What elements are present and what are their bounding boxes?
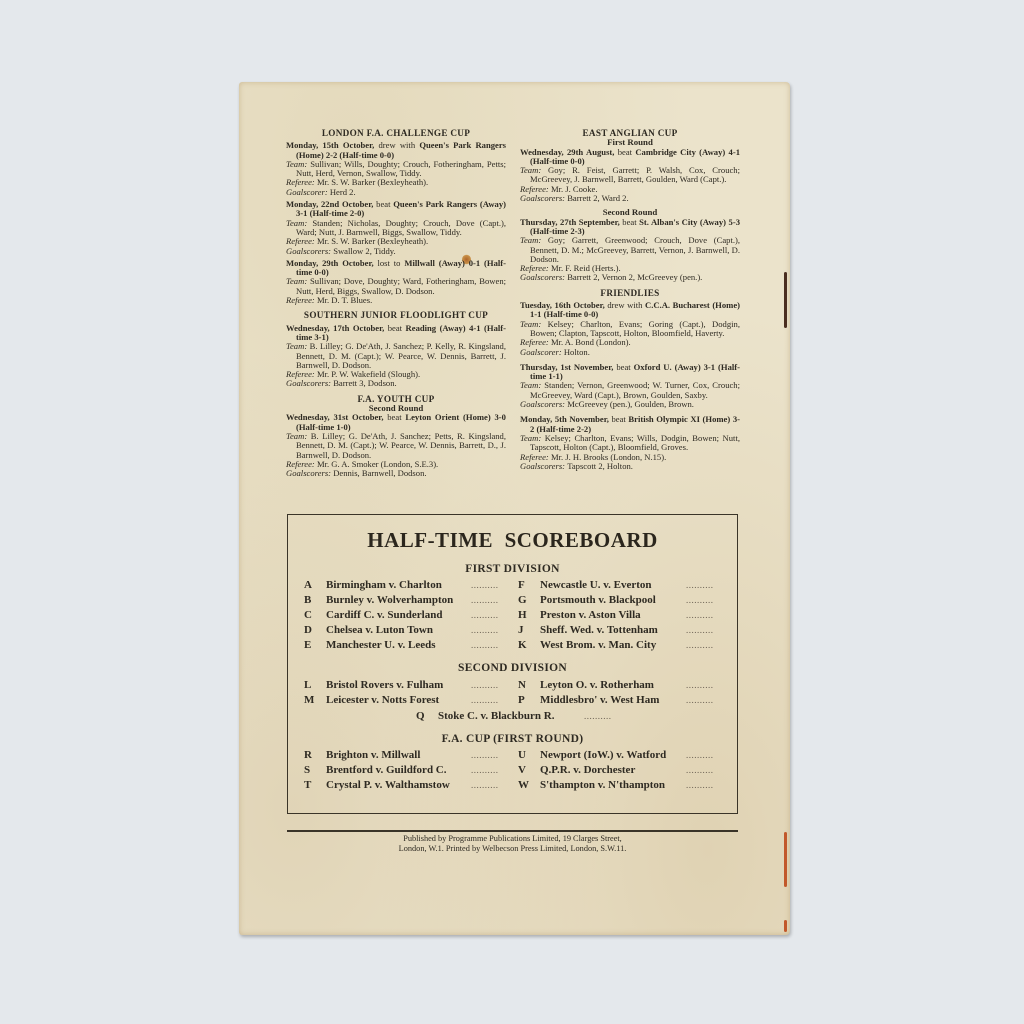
fixture-row: VQ.P.R. v. Dorchester bbox=[518, 763, 635, 778]
section-title: FRIENDLIES bbox=[520, 289, 740, 298]
scoreboard-title: HALF-TIME SCOREBOARD bbox=[288, 528, 737, 553]
match-entry: Monday, 15th October, drew with Queen's … bbox=[286, 141, 506, 197]
fa-cup-title: F.A. CUP (FIRST ROUND) bbox=[288, 733, 737, 745]
cover-edge-mark bbox=[784, 832, 787, 887]
fixture-row: JSheff. Wed. v. Tottenham bbox=[518, 623, 658, 638]
first-division-title: FIRST DIVISION bbox=[288, 563, 737, 575]
imprint-line: Published by Programme Publications Limi… bbox=[287, 834, 738, 844]
left-results-column: LONDON F.A. CHALLENGE CUP Monday, 15th O… bbox=[286, 126, 506, 478]
staple-mark bbox=[784, 272, 787, 328]
match-entry: Monday, 5th November, beat British Olymp… bbox=[520, 415, 740, 471]
fixture-row: PMiddlesbro' v. West Ham bbox=[518, 693, 659, 708]
section-title: SOUTHERN JUNIOR FLOODLIGHT CUP bbox=[286, 311, 506, 320]
match-entry: Monday, 22nd October, beat Queen's Park … bbox=[286, 200, 506, 256]
match-entry: Wednesday, 29th August, beat Cambridge C… bbox=[520, 148, 740, 204]
match-entry: Wednesday, 31st October, beat Leyton Ori… bbox=[286, 413, 506, 478]
fixture-row: QStoke C. v. Blackburn R. bbox=[416, 709, 554, 724]
fixture-row: EManchester U. v. Leeds bbox=[304, 638, 435, 653]
fixture-row: CCardiff C. v. Sunderland bbox=[304, 608, 442, 623]
match-entry: Thursday, 27th September, beat St. Alban… bbox=[520, 218, 740, 283]
fixture-row: SBrentford v. Guildford C. bbox=[304, 763, 447, 778]
publisher-imprint: Published by Programme Publications Limi… bbox=[287, 834, 738, 853]
match-entry: Tuesday, 16th October, drew with C.C.A. … bbox=[520, 301, 740, 357]
fixture-row: RBrighton v. Millwall bbox=[304, 748, 420, 763]
imprint-line: London, W.1. Printed by Welbecson Press … bbox=[287, 844, 738, 854]
fixture-row: LBristol Rovers v. Fulham bbox=[304, 678, 443, 693]
fixture-row: WS'thampton v. N'thampton bbox=[518, 778, 665, 793]
fixture-row: HPreston v. Aston Villa bbox=[518, 608, 641, 623]
fixture-row: FNewcastle U. v. Everton bbox=[518, 578, 652, 593]
match-entry: Wednesday, 17th October, beat Reading (A… bbox=[286, 324, 506, 389]
second-division-title: SECOND DIVISION bbox=[288, 662, 737, 674]
fixture-row: KWest Brom. v. Man. City bbox=[518, 638, 656, 653]
fixture-row: TCrystal P. v. Walthamstow bbox=[304, 778, 450, 793]
cover-edge-mark bbox=[784, 920, 787, 932]
divider-rule bbox=[287, 830, 738, 832]
right-results-column: EAST ANGLIAN CUP First Round Wednesday, … bbox=[520, 126, 740, 471]
fixture-row: ABirmingham v. Charlton bbox=[304, 578, 442, 593]
fixture-row: DChelsea v. Luton Town bbox=[304, 623, 433, 638]
match-entry: Thursday, 1st November, beat Oxford U. (… bbox=[520, 363, 740, 409]
match-entry: Monday, 29th October, lost to Millwall (… bbox=[286, 259, 506, 305]
fixture-row: GPortsmouth v. Blackpool bbox=[518, 593, 656, 608]
half-time-scoreboard: HALF-TIME SCOREBOARD FIRST DIVISION ABir… bbox=[287, 514, 738, 814]
section-title: LONDON F.A. CHALLENGE CUP bbox=[286, 129, 506, 138]
fixture-row: BBurnley v. Wolverhampton bbox=[304, 593, 453, 608]
fixture-row: UNewport (IoW.) v. Watford bbox=[518, 748, 666, 763]
fixture-row: MLeicester v. Notts Forest bbox=[304, 693, 439, 708]
fixture-row: NLeyton O. v. Rotherham bbox=[518, 678, 654, 693]
